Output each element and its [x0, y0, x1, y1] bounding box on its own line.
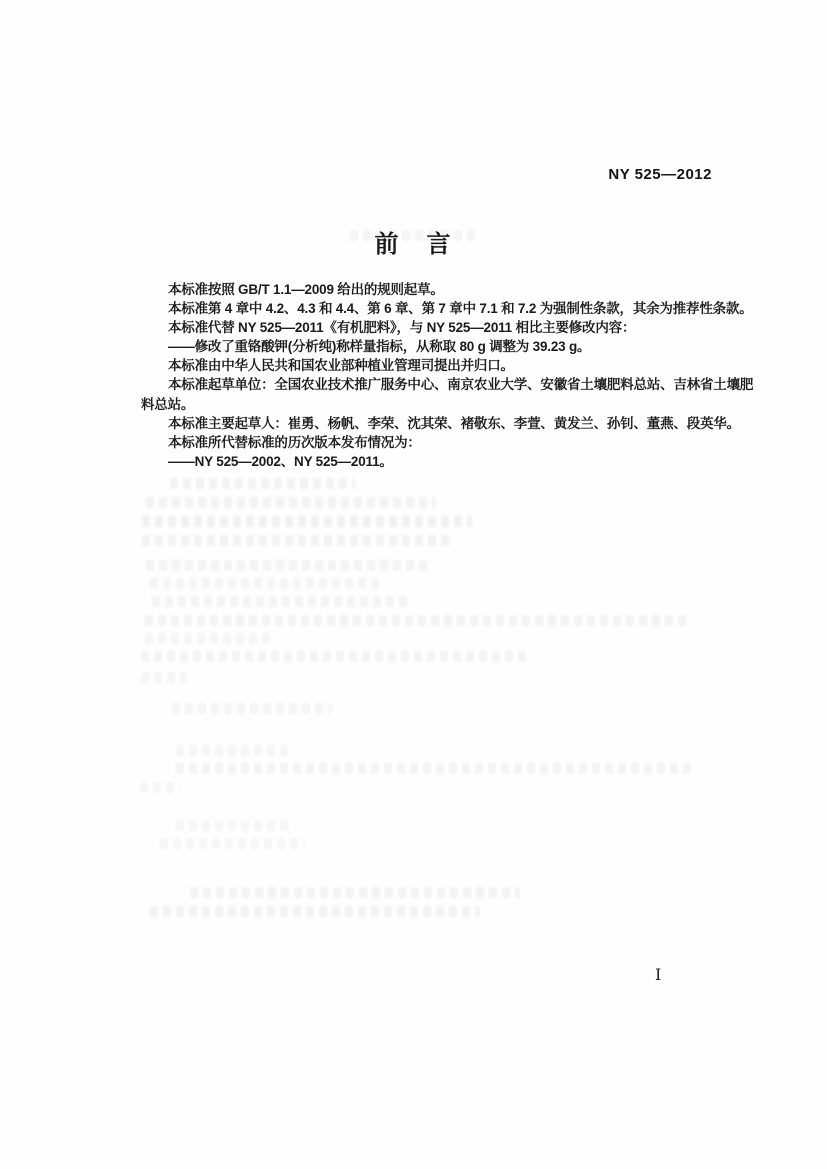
page-title: 前 言 — [0, 224, 827, 259]
body-line: 本标准代替 NY 525—2011《有机肥料》，与 NY 525—2011 相比… — [141, 318, 701, 337]
page-number: I — [655, 965, 661, 984]
bleed-through-artifact — [142, 535, 452, 546]
bleed-through-artifact — [172, 703, 332, 714]
bleed-through-artifact — [140, 782, 180, 793]
body-line: ——NY 525—2002、NY 525—2011。 — [141, 452, 701, 471]
document-page: NY 525—2012 前 言 本标准按照 GB/T 1.1—2009 给出的规… — [0, 0, 827, 1169]
bleed-through-artifact — [176, 763, 691, 774]
body-line: 本标准按照 GB/T 1.1—2009 给出的规则起草。 — [141, 280, 701, 299]
body-line: 料总站。 — [141, 395, 701, 414]
bleed-through-artifact — [190, 887, 520, 898]
bleed-through-artifact — [145, 615, 690, 626]
bleed-through-artifact — [146, 497, 436, 508]
body-line: 本标准主要起草人：崔勇、杨帆、李荣、沈其荣、褚敬东、李萱、黄发兰、孙钊、董燕、段… — [141, 414, 701, 433]
foreword-body: 本标准按照 GB/T 1.1—2009 给出的规则起草。 本标准第 4 章中 4… — [141, 280, 701, 471]
bleed-through-artifact — [141, 651, 531, 662]
bleed-through-artifact — [150, 578, 385, 589]
bleed-through-artifact — [176, 820, 291, 831]
body-line: ——修改了重铬酸钾(分析纯)称样量指标，从称取 80 g 调整为 39.23 g… — [141, 337, 701, 356]
bleed-through-artifact — [141, 672, 186, 683]
bleed-through-artifact — [176, 745, 291, 756]
bleed-through-artifact — [170, 478, 355, 489]
body-line: 本标准起草单位：全国农业技术推广服务中心、南京农业大学、安徽省土壤肥料总站、吉林… — [141, 375, 701, 394]
bleed-through-artifact — [145, 633, 275, 644]
body-line: 本标准所代替标准的历次版本发布情况为： — [141, 433, 701, 452]
body-line: 本标准由中华人民共和国农业部种植业管理司提出并归口。 — [141, 356, 701, 375]
bleed-through-artifact — [160, 838, 305, 849]
bleed-through-artifact — [146, 560, 431, 571]
standard-code: NY 525—2012 — [608, 166, 712, 183]
bleed-through-artifact — [150, 906, 480, 917]
bleed-through-artifact — [142, 516, 472, 527]
bleed-through-artifact — [152, 596, 407, 607]
body-line: 本标准第 4 章中 4.2、4.3 和 4.4、第 6 章、第 7 章中 7.1… — [141, 299, 701, 318]
